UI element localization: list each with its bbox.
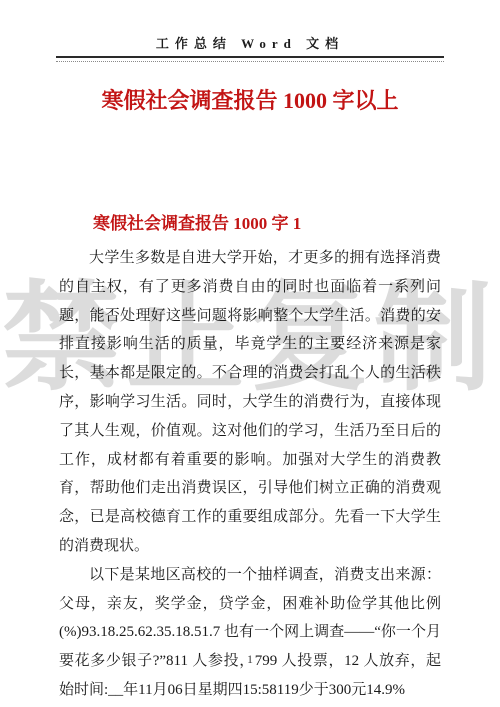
section-heading: 寒假社会调查报告 1000 字 1 bbox=[59, 209, 441, 238]
header-brand-text: 工作总结 Word 文档 bbox=[0, 33, 500, 52]
header-rule-solid bbox=[56, 56, 444, 58]
page-title: 寒假社会调查报告 1000 字以上 bbox=[0, 84, 500, 115]
document-body: 寒假社会调查报告 1000 字 1 大学生多数是自进大学开始，才更多的拥有选择消… bbox=[59, 209, 441, 705]
page-number: 1 bbox=[0, 652, 500, 667]
body-paragraph-2: 以下是某地区高校的一个抽样调查，消费支出来源：父母，亲友，奖学金，贷学金，困难补… bbox=[59, 561, 441, 705]
document-page: 工作总结 Word 文档 禁止复制 寒假社会调查报告 1000 字以上 寒假社会… bbox=[0, 0, 500, 707]
header-rule-dotted bbox=[56, 61, 444, 62]
body-paragraph-1: 大学生多数是自进大学开始，才更多的拥有选择消费的自主权，有了更多消费自由的同时也… bbox=[59, 244, 441, 561]
